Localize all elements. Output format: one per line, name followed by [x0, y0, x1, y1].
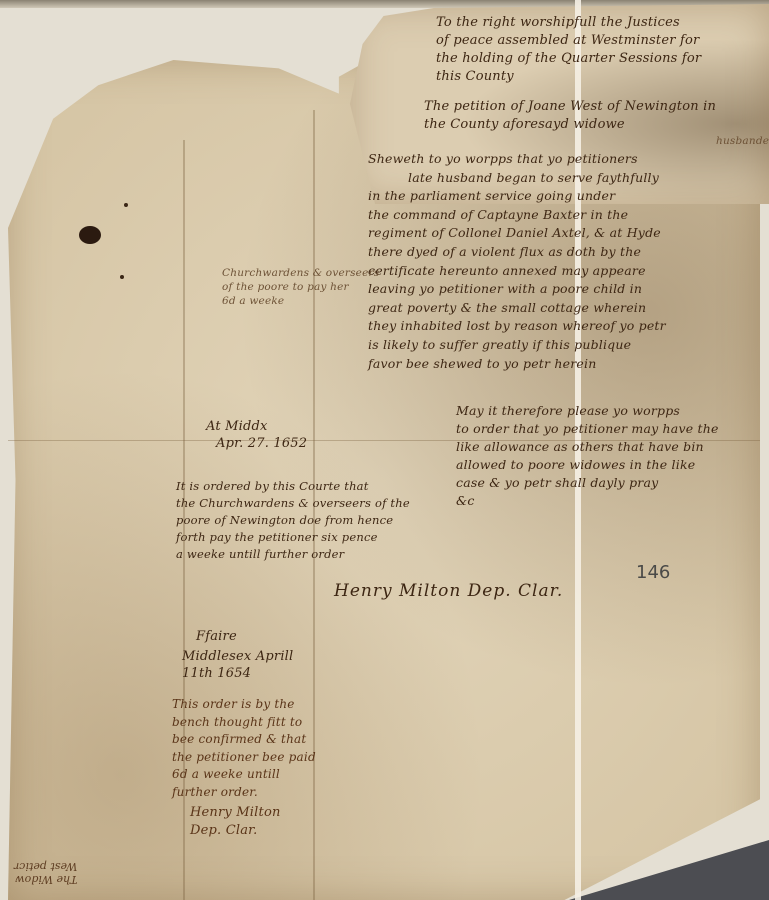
ink-blot [79, 226, 101, 244]
order-signature: Henry Milton Dep. Clar. [334, 582, 563, 600]
confirmation-text: This order is by the bench thought fitt … [172, 696, 316, 801]
order-place-date: At Middx Apr. 27. 1652 [206, 418, 307, 452]
endorsement-upside-down: The Widow West peticr [14, 860, 77, 886]
confirmation-heading: Ffaire [196, 628, 237, 645]
petition-body: Sheweth to yo worpps that yo petitioners… [368, 150, 666, 373]
margin-note-churchwardens: Churchwardens & overseers of the poore t… [222, 266, 379, 308]
archive-folio-number: 146 [636, 562, 670, 583]
order-text: It is ordered by this Courte that the Ch… [176, 478, 410, 563]
ink-spot [124, 203, 128, 207]
confirmation-signature: Henry Milton Dep. Clar. [190, 804, 281, 840]
petition-prayer: May it therefore please yo worpps to ord… [456, 402, 719, 510]
petitioner-line: The petition of Joane West of Newington … [424, 98, 716, 134]
ink-spot [120, 275, 124, 279]
confirmation-place-date: Middlesex Aprill 11th 1654 [182, 648, 293, 682]
margin-note-husband: husbande [716, 134, 769, 148]
petition-address: To the right worshipfull the Justices of… [436, 14, 701, 86]
